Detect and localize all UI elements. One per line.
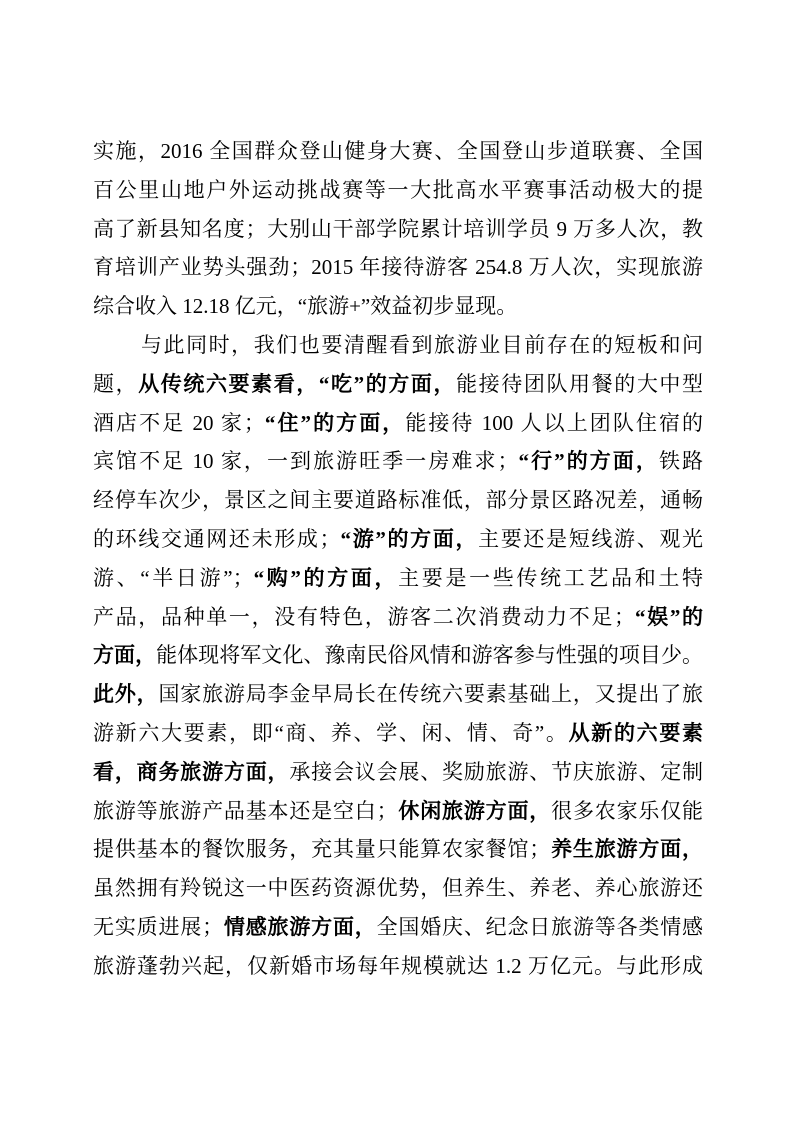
- document-text-block: 实施，2016 全国群众登山健身大赛、全国登山步道联赛、全国百公里山地户外运动挑…: [93, 132, 703, 986]
- bold-text-run: “行”的方面，: [519, 449, 659, 473]
- text-run: 的环线交通网还未形成；: [93, 527, 341, 551]
- text-run: 主要是一些传统工艺品和土特: [398, 566, 703, 590]
- text-line: 提供基本的餐饮服务，充其量只能算农家餐馆；养生旅游方面，: [93, 830, 703, 869]
- text-run: 主要还是短线游、观光: [478, 527, 703, 551]
- bold-text-run: 看，商务旅游方面，: [93, 760, 289, 784]
- text-line: 育培训产业势头强劲；2015 年接待游客 254.8 万人次，实现旅游: [93, 248, 703, 287]
- document-page: 实施，2016 全国群众登山健身大赛、全国登山步道联赛、全国百公里山地户外运动挑…: [0, 0, 793, 1122]
- text-run: 经停车次少，景区之间主要道路标准低，部分景区路况差，通畅: [93, 488, 703, 512]
- text-line: 方面，能体现将军文化、豫南民俗风情和游客参与性强的项目少。: [93, 636, 703, 675]
- text-line: 看，商务旅游方面，承接会议会展、奖励旅游、节庆旅游、定制: [93, 753, 703, 792]
- text-run: 酒店不足 20 家；: [93, 411, 265, 435]
- text-line: 产品，品种单一，没有特色，游客二次消费动力不足；“娱”的: [93, 598, 703, 637]
- text-run: 能接待 100 人以上团队住宿的: [405, 411, 703, 435]
- text-line: 虽然拥有羚锐这一中医药资源优势，但养生、养老、养心旅游还: [93, 869, 703, 908]
- text-run: 国家旅游局李金早局长在传统六要素基础上，又提出了旅: [158, 682, 703, 706]
- text-line: 的环线交通网还未形成；“游”的方面，主要还是短线游、观光: [93, 520, 703, 559]
- text-run: 高了新县知名度；大别山干部学院累计培训学员 9 万多人次，教: [93, 217, 703, 241]
- text-run: 铁路: [659, 449, 703, 473]
- text-line: 综合收入 12.18 亿元，“旅游+”效益初步显现。: [93, 287, 703, 326]
- text-line: 百公里山地户外运动挑战赛等一大批高水平赛事活动极大的提: [93, 171, 703, 210]
- text-run: 题，: [93, 372, 138, 396]
- text-run: 能接待团队用餐的大中型: [456, 372, 703, 396]
- text-run: 产品，品种单一，没有特色，游客二次消费动力不足；: [93, 605, 635, 629]
- text-run: 宾馆不足 10 家，一到旅游旺季一房难求；: [93, 449, 519, 473]
- bold-text-run: 方面，: [93, 643, 156, 667]
- text-run: 综合收入 12.18 亿元，“旅游+”效益初步显现。: [93, 294, 517, 318]
- bold-text-run: “娱”的: [635, 605, 703, 629]
- text-run: 实施，2016 全国群众登山健身大赛、全国登山步道联赛、全国: [93, 139, 703, 163]
- bold-text-run: 此外，: [93, 682, 158, 706]
- bold-text-run: 养生旅游方面，: [550, 837, 703, 861]
- bold-text-run: 从新的六要素: [569, 721, 703, 745]
- text-run: 百公里山地户外运动挑战赛等一大批高水平赛事活动极大的提: [93, 178, 703, 202]
- text-line: 游、“半日游”；“购”的方面，主要是一些传统工艺品和土特: [93, 559, 703, 598]
- bold-text-run: 情感旅游方面，: [223, 915, 377, 939]
- text-line: 无实质进展；情感旅游方面，全国婚庆、纪念日旅游等各类情感: [93, 908, 703, 947]
- text-line: 与此同时，我们也要清醒看到旅游业目前存在的短板和问: [93, 326, 703, 365]
- text-line: 高了新县知名度；大别山干部学院累计培训学员 9 万多人次，教: [93, 210, 703, 249]
- bold-text-run: “游”的方面，: [341, 527, 479, 551]
- text-line: 题，从传统六要素看，“吃”的方面，能接待团队用餐的大中型: [93, 365, 703, 404]
- text-line: 旅游蓬勃兴起，仅新婚市场每年规模就达 1.2 万亿元。与此形成: [93, 947, 703, 986]
- text-run: 全国婚庆、纪念日旅游等各类情感: [377, 915, 703, 939]
- text-run: 提供基本的餐饮服务，充其量只能算农家餐馆；: [93, 837, 550, 861]
- text-line: 酒店不足 20 家；“住”的方面，能接待 100 人以上团队住宿的: [93, 404, 703, 443]
- text-line: 宾馆不足 10 家，一到旅游旺季一房难求；“行”的方面，铁路: [93, 442, 703, 481]
- text-run: 旅游等旅游产品基本还是空白；: [93, 799, 398, 823]
- text-run: 承接会议会展、奖励旅游、节庆旅游、定制: [289, 760, 703, 784]
- bold-text-run: 休闲旅游方面，: [398, 799, 552, 823]
- text-run: 游新六大要素，即“商、养、学、闲、情、奇”。: [93, 721, 569, 745]
- text-run: 能体现将军文化、豫南民俗风情和游客参与性强的项目少。: [156, 643, 703, 667]
- text-run: 很多农家乐仅能: [551, 799, 703, 823]
- text-run: 与此同时，我们也要清醒看到旅游业目前存在的短板和问: [141, 333, 703, 357]
- text-run: 育培训产业势头强劲；2015 年接待游客 254.8 万人次，实现旅游: [93, 255, 703, 279]
- bold-text-run: “购”的方面，: [254, 566, 399, 590]
- bold-text-run: “住”的方面，: [265, 411, 405, 435]
- text-line: 游新六大要素，即“商、养、学、闲、情、奇”。从新的六要素: [93, 714, 703, 753]
- text-line: 此外，国家旅游局李金早局长在传统六要素基础上，又提出了旅: [93, 675, 703, 714]
- text-run: 游、“半日游”；: [93, 566, 254, 590]
- text-line: 旅游等旅游产品基本还是空白；休闲旅游方面，很多农家乐仅能: [93, 792, 703, 831]
- bold-text-run: 从传统六要素看，“吃”的方面，: [138, 372, 456, 396]
- text-run: 虽然拥有羚锐这一中医药资源优势，但养生、养老、养心旅游还: [93, 876, 703, 900]
- text-line: 实施，2016 全国群众登山健身大赛、全国登山步道联赛、全国: [93, 132, 703, 171]
- text-line: 经停车次少，景区之间主要道路标准低，部分景区路况差，通畅: [93, 481, 703, 520]
- text-run: 旅游蓬勃兴起，仅新婚市场每年规模就达 1.2 万亿元。与此形成: [93, 954, 703, 978]
- text-run: 无实质进展；: [93, 915, 223, 939]
